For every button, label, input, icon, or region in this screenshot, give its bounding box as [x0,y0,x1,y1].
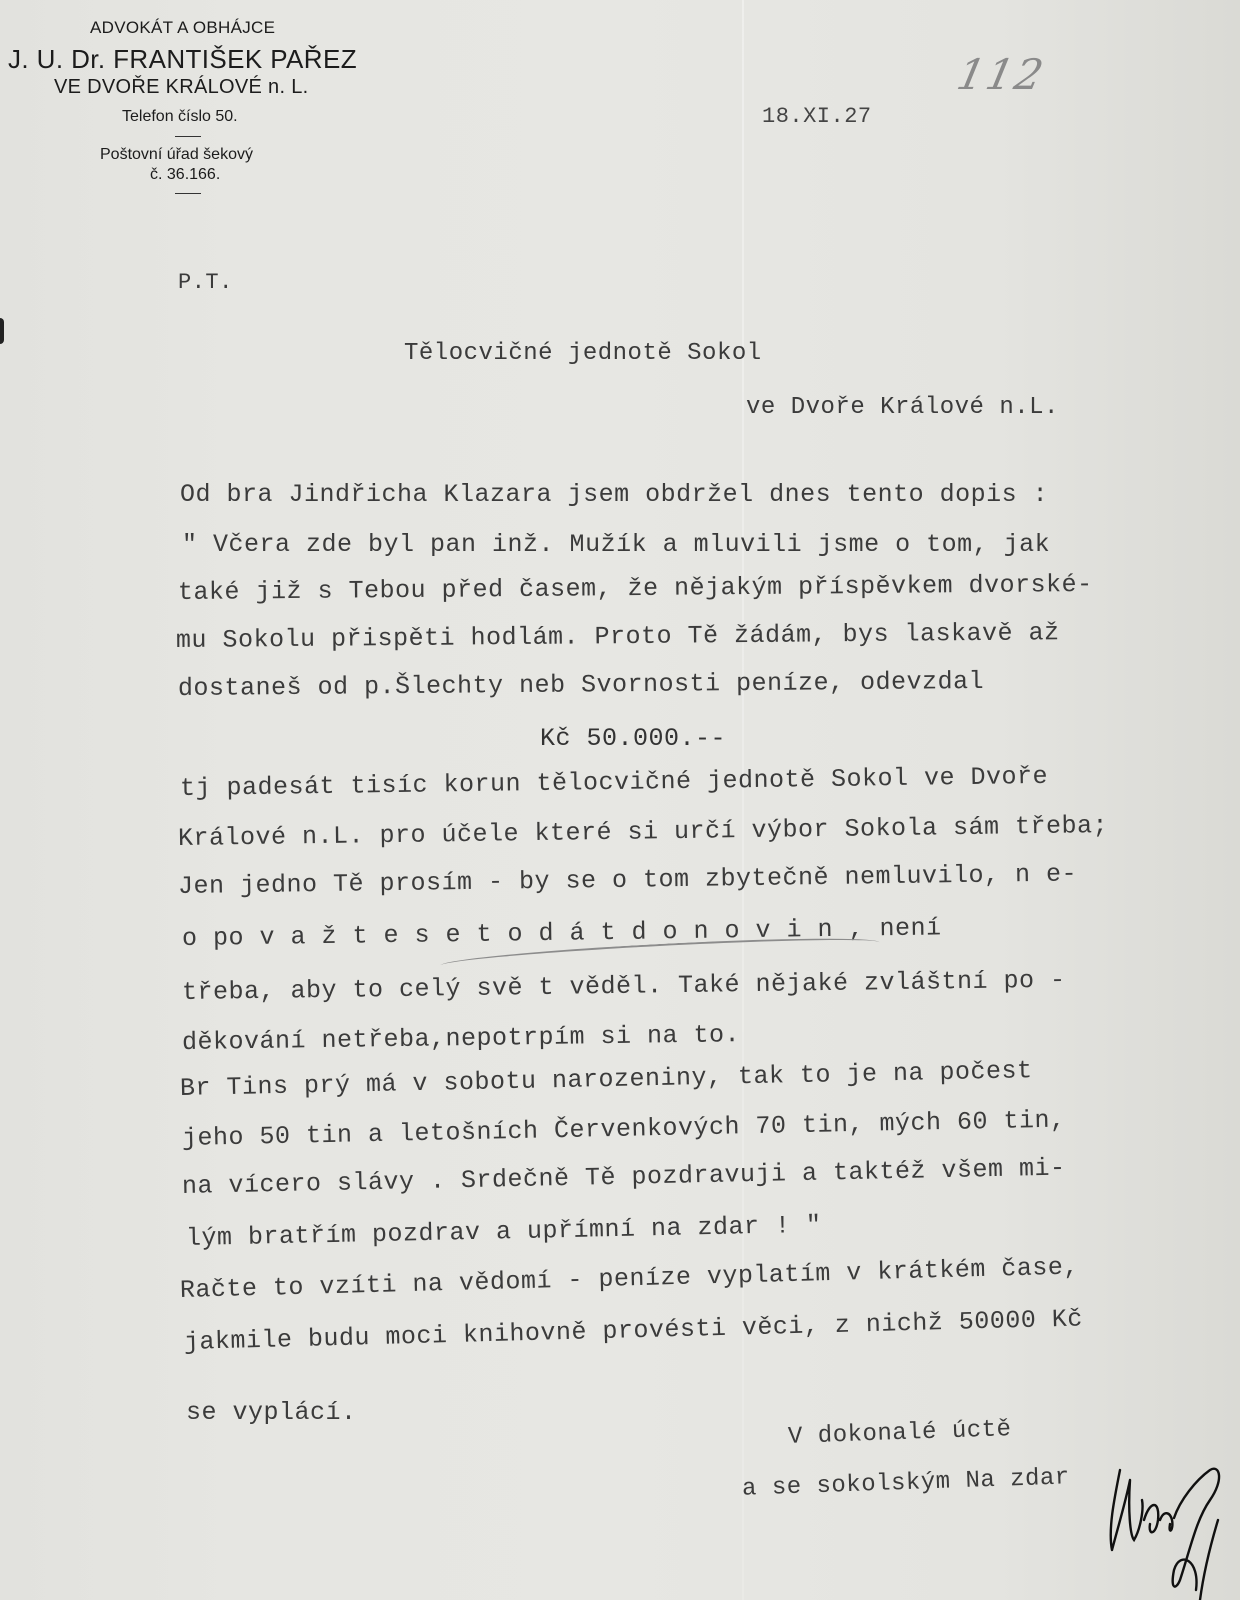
body-line: třeba, aby to celý svě t věděl. Také něj… [182,966,1066,1007]
body-line: tj padesát tisíc korun tělocvičné jednot… [180,762,1048,803]
letter-page: ADVOKÁT A OBHÁJCE J. U. Dr. FRANTIŠEK PA… [0,0,1240,1600]
letterhead-postal-label: Poštovní úřad šekový [100,146,253,164]
body-line: mu Sokolu přispěti hodlám. Proto Tě žádá… [176,618,1060,655]
letter-date: 18.XI.27 [762,104,872,129]
amount: Kč 50.000.-- [540,724,726,753]
body-line: děkování netřeba,nepotrpím si na to. [182,1020,740,1057]
closing-line-1: V dokonalé úctě [788,1416,1012,1451]
letterhead-phone: Telefon číslo 50. [122,108,238,126]
body-line: lým bratřím pozdrav a upřímní na zdar ! … [186,1211,822,1253]
archive-number: 112 [953,50,1050,99]
closing-line-2: a se sokolským Na zdar [742,1464,1071,1502]
body-line: jakmile budu moci knihovně provésti věci… [184,1304,1084,1357]
body-line: se vyplácí. [186,1398,357,1427]
letterhead-postal-account: č. 36.166. [150,166,220,184]
body-line: Králové n.L. pro účele které si určí výb… [178,811,1108,853]
body-line: Jen jedno Tě prosím - by se o tom zbyteč… [178,859,1077,901]
body-line: Br Tins prý má v sobotu narozeniny, tak … [180,1056,1033,1103]
recipient-line-1: Tělocvičné jednotě Sokol [404,340,762,367]
body-line: Od bra Jindřicha Klazara jsem obdržel dn… [180,480,1048,509]
salutation: P.T. [178,270,233,295]
letterhead-name: J. U. Dr. FRANTIŠEK PAŘEZ [8,44,357,75]
paper-fold [742,0,744,1600]
body-line: jeho 50 tin a letošních Červenkových 70 … [182,1105,1066,1152]
binding-mark [0,318,4,344]
signature-icon [1100,1440,1240,1600]
letterhead-divider [175,193,201,194]
body-line: na vícero slávy . Srdečně Tě pozdravuji … [182,1153,1066,1200]
body-line: Račte to vzíti na vědomí - peníze vyplat… [180,1252,1080,1305]
body-line: " Včera zde byl pan inž. Mužík a mluvili… [182,530,1050,559]
body-line: dostaneš od p.Šlechty neb Svornosti pení… [178,667,984,703]
letterhead-city: VE DVOŘE KRÁLOVÉ n. L. [54,76,308,99]
recipient-line-2: ve Dvoře Králové n.L. [746,394,1059,421]
letterhead-divider [175,136,201,137]
body-line: také již s Tebou před časem, že nějakým … [178,570,1093,607]
letterhead-role: ADVOKÁT A OBHÁJCE [90,18,275,38]
